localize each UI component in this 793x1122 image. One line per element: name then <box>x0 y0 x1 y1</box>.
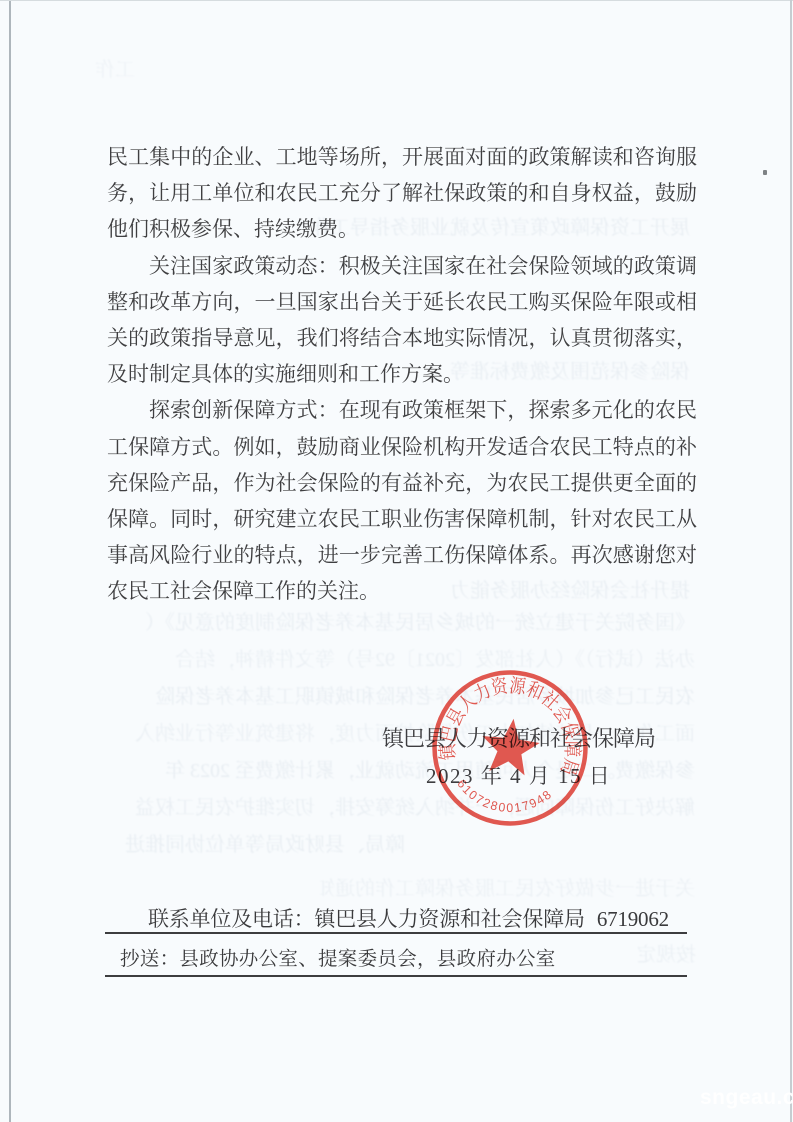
paragraph: 关注国家政策动态：积极关注国家在社会保险领域的政策调整和改革方向，一旦国家出台关… <box>107 248 697 393</box>
bleedthrough-line: 按规定执行 <box>638 943 696 967</box>
seal-star-icon <box>478 715 542 776</box>
bleedthrough-line: 解决好工伤保障问题，一并纳入统筹安排，切实维护农民工权益 <box>95 796 695 820</box>
footer-rule-top <box>105 932 687 934</box>
contact-line: 联系单位及电话：镇巴县人力资源和社会保障局 6719062 <box>148 903 669 933</box>
paragraph: 探索创新保障方式：在现有政策框架下，探索多元化的农民工保障方式。例如，鼓励商业保… <box>107 392 697 609</box>
paragraph: 民工集中的企业、工地等场所，开展面对面的政策解读和咨询服务，让用工单位和农民工充… <box>107 139 697 248</box>
bleedthrough-line: 关于进一步做好农民工服务保障工作的通知要求 <box>320 877 695 901</box>
seal-code: 6107280017948 <box>451 776 556 821</box>
footer-rule-bottom <box>105 975 687 977</box>
scan-speck <box>763 170 767 175</box>
cc-line: 抄送：县政协办公室、提案委员会，县政府办公室 <box>120 943 556 971</box>
watermark: sngeau.com <box>700 1086 793 1110</box>
bleedthrough-line: 障局、县财政局等单位协同推进 <box>95 833 405 857</box>
official-seal: 镇巴县人力资源和社会保障局 6107280017948 <box>419 657 602 840</box>
svg-text:6107280017948: 6107280017948 <box>451 776 556 821</box>
scanned-document-page: 工作 展开工资保障政策宣传及就业服务指导工作 保险参保范围及缴费标准等 提升社会… <box>0 0 793 1122</box>
scan-edge-top <box>0 0 793 1</box>
scan-edge-right <box>790 0 792 1122</box>
bleedthrough-line: 农民工已参加城乡居民基本养老保险和城镇职工基本养老保险 <box>95 685 695 709</box>
letter-body: 民工集中的企业、工地等场所，开展面对面的政策解读和咨询服务，让用工单位和农民工充… <box>107 139 697 610</box>
bleedthrough-line: 办法（试行）》（人社部发〔2021〕92号）等文件精神，结合 <box>95 648 695 672</box>
bleedthrough-line: 《国务院关于建立统一的城乡居民基本养老保险制度的意见》（ <box>95 611 695 635</box>
scan-edge-left <box>9 0 11 1122</box>
bleedthrough-line: 工作 <box>85 58 135 82</box>
